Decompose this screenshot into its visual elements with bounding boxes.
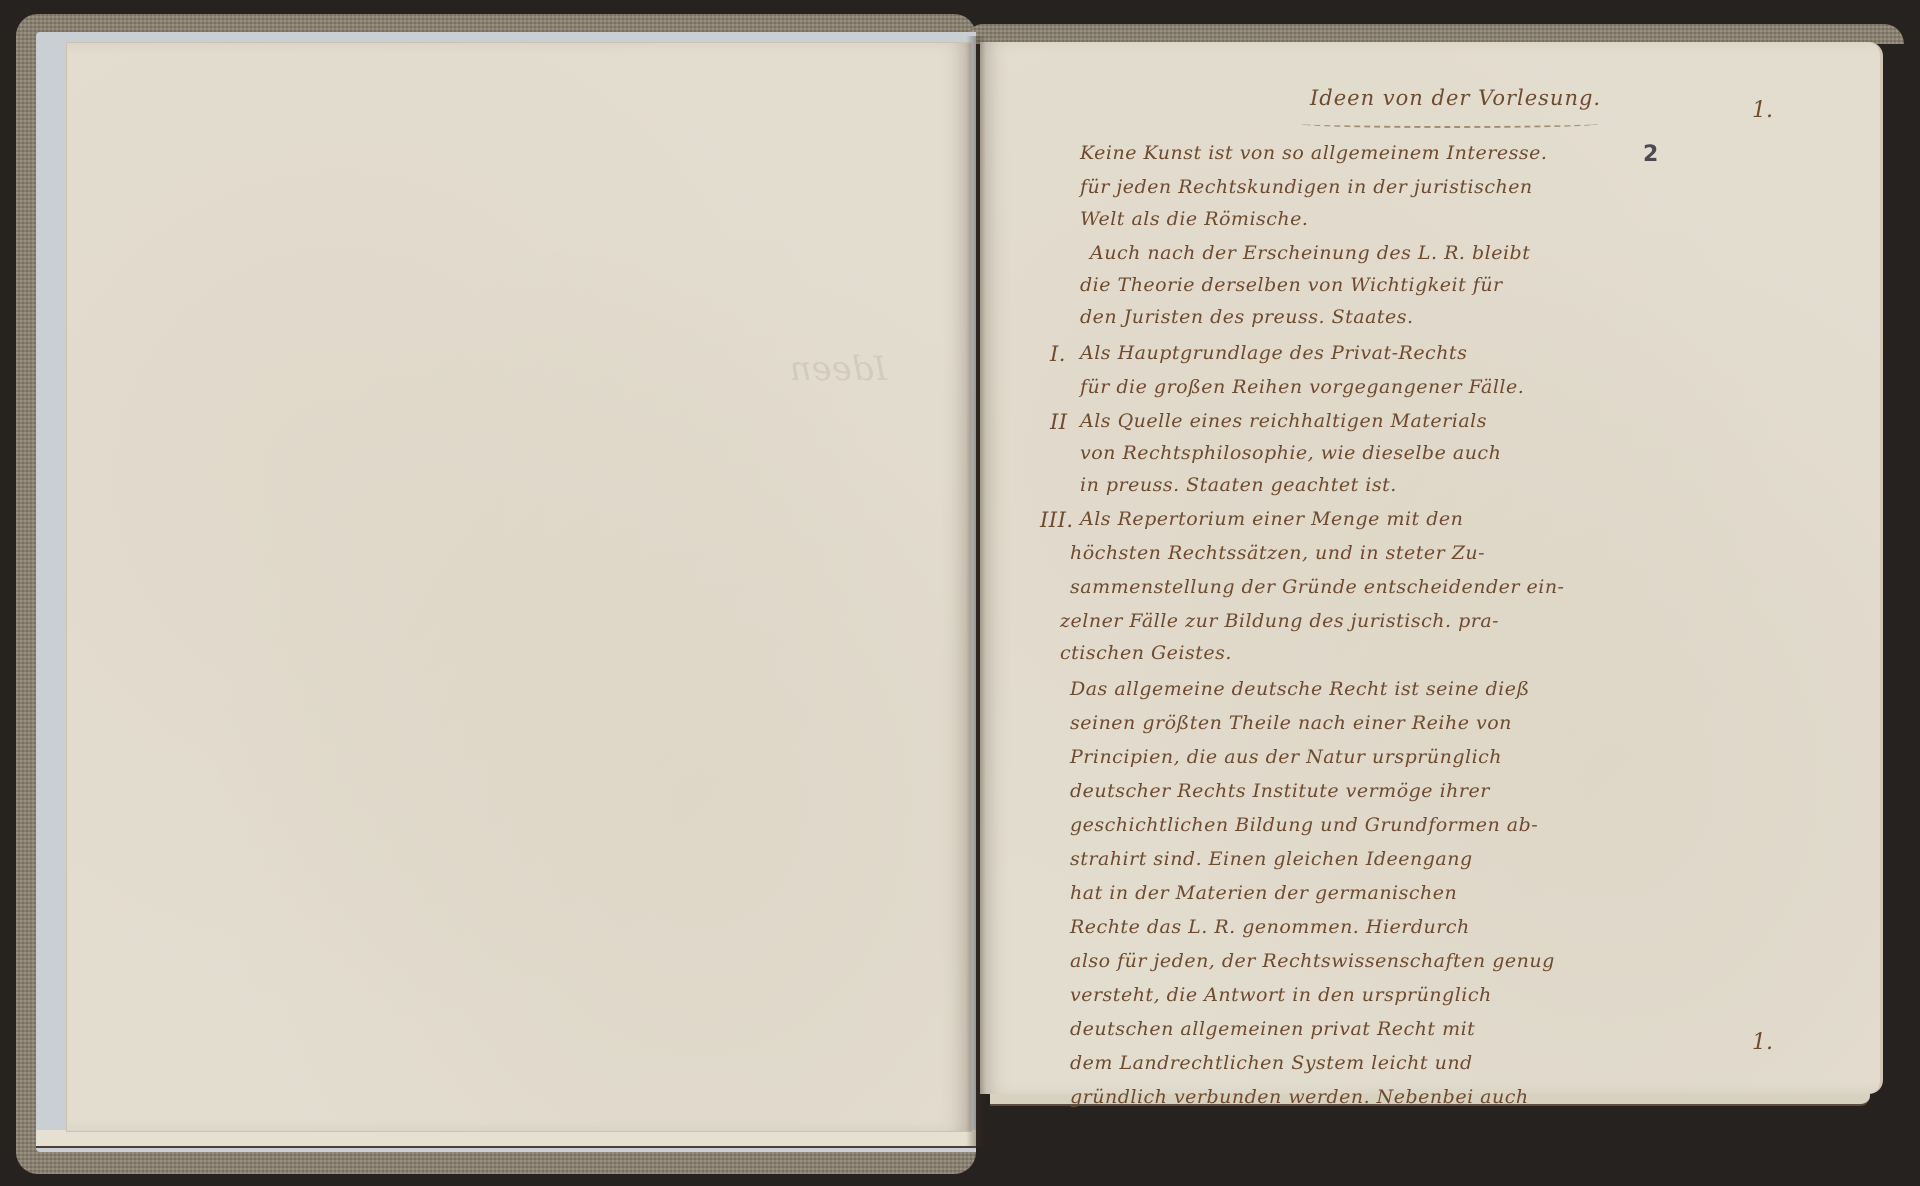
manuscript-line: für jeden Rechtskundigen in der juristis…: [1080, 176, 1533, 198]
manuscript-line: strahirt sind. Einen gleichen Ideengang: [1070, 848, 1473, 870]
manuscript-line: die Theorie derselben von Wichtigkeit fü…: [1080, 274, 1503, 296]
manuscript-line: in preuss. Staaten geachtet ist.: [1080, 474, 1397, 496]
title-flourish: [1300, 120, 1600, 128]
list-numeral: III.: [1040, 508, 1074, 532]
list-numeral: I.: [1050, 342, 1066, 366]
left-page: Ideen: [66, 42, 972, 1132]
manuscript-line: I.Als Hauptgrundlage des Privat-Rechts: [1080, 342, 1467, 364]
manuscript-line: ctischen Geistes.: [1060, 642, 1232, 664]
manuscript-line: seinen größten Theile nach einer Reihe v…: [1070, 712, 1512, 734]
manuscript-line: Principien, die aus der Natur ursprüngli…: [1070, 746, 1502, 768]
manuscript-line: von Rechtsphilosophie, wie dieselbe auch: [1080, 442, 1501, 464]
manuscript-line: III.Als Repertorium einer Menge mit den: [1080, 508, 1463, 530]
pencil-page-number: 2: [1643, 142, 1658, 167]
manuscript-line: zelner Fälle zur Bildung des juristisch.…: [1060, 610, 1499, 632]
foliation-top: 1.: [1752, 98, 1773, 123]
manuscript-line: Auch nach der Erscheinung des L. R. blei…: [1090, 242, 1530, 264]
manuscript-title: Ideen von der Vorlesung.: [1310, 86, 1601, 110]
manuscript-line: höchsten Rechtssätzen, und in steter Zu-: [1070, 542, 1485, 564]
ink-show-through: Ideen: [367, 343, 887, 543]
manuscript-line: deutscher Rechts Institute vermöge ihrer: [1070, 780, 1490, 802]
manuscript-line: sammenstellung der Gründe entscheidender…: [1070, 576, 1564, 598]
manuscript-line: für die großen Reihen vorgegangener Fäll…: [1080, 376, 1524, 398]
manuscript-line: den Juristen des preuss. Staates.: [1080, 306, 1414, 328]
manuscript-line: versteht, die Antwort in den ursprünglic…: [1070, 984, 1492, 1006]
page-edge-left: [36, 1130, 976, 1148]
manuscript-line: Welt als die Römische.: [1080, 208, 1308, 230]
manuscript-line: Rechte das L. R. genommen. Hierdurch: [1070, 916, 1470, 938]
foliation-bottom: 1.: [1752, 1030, 1773, 1055]
manuscript-line: gründlich verbunden werden. Nebenbei auc…: [1070, 1086, 1529, 1108]
manuscript-line: dem Landrechtlichen System leicht und: [1070, 1052, 1473, 1074]
manuscript-line: deutschen allgemeinen privat Recht mit: [1070, 1018, 1475, 1040]
cloth-binding-right: [968, 24, 1904, 44]
manuscript-line: Keine Kunst ist von so allgemeinem Inter…: [1080, 142, 1547, 164]
manuscript-line: hat in der Materien der germanischen: [1070, 882, 1457, 904]
manuscript-line: IIAls Quelle eines reichhaltigen Materia…: [1080, 410, 1487, 432]
manuscript-line: Das allgemeine deutsche Recht ist seine …: [1070, 678, 1530, 700]
book-gutter: [966, 36, 986, 1146]
manuscript-line: geschichtlichen Bildung und Grundformen …: [1070, 814, 1538, 836]
list-numeral: II: [1050, 410, 1068, 434]
manuscript-line: also für jeden, der Rechtswissenschaften…: [1070, 950, 1555, 972]
